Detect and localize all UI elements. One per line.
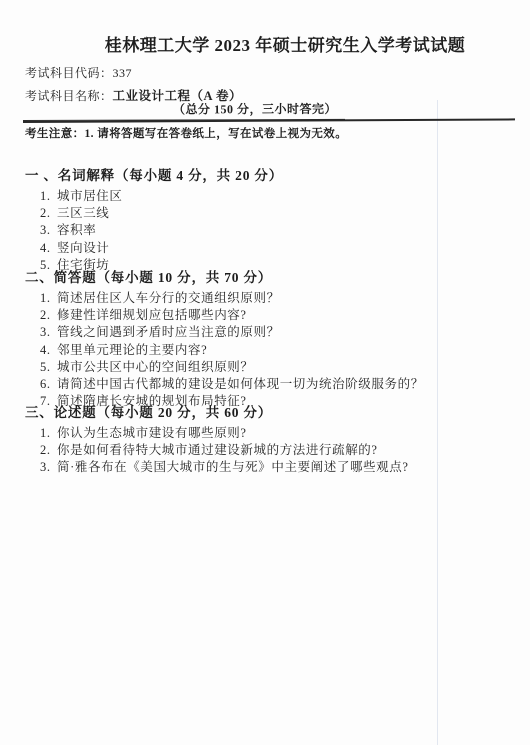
section-heading: 一 、名词解释（每小题 4 分，共 20 分） bbox=[25, 164, 520, 184]
question-number: 1. bbox=[40, 290, 57, 307]
question-item: 3.简·雅各布在《美国大城市的生与死》中主要阐述了哪些观点? bbox=[40, 459, 520, 476]
page-title: 桂林理工大学 2023 年硕士研究生入学考试试题 bbox=[40, 31, 530, 56]
question-item: 4.竖向设计 bbox=[40, 240, 520, 257]
candidate-notice: 考生注意：1. 请将答题写在答卷纸上，写在试卷上视为无效。 bbox=[25, 125, 347, 141]
question-item: 2.三区三线 bbox=[40, 205, 520, 222]
question-number: 2. bbox=[40, 307, 57, 324]
subject-code-label: 考试科目代码： bbox=[25, 66, 113, 80]
question-list: 1.城市居住区 2.三区三线 3.容积率 4.竖向设计 5.住宅街坊 bbox=[25, 188, 520, 274]
question-item: 1.简述居住区人车分行的交通组织原则？ bbox=[40, 290, 520, 307]
subject-code-value: 337 bbox=[113, 66, 133, 80]
question-number: 6. bbox=[40, 376, 57, 393]
question-number: 2. bbox=[40, 442, 57, 459]
question-number: 3. bbox=[40, 222, 57, 239]
section-term-definitions: 一 、名词解释（每小题 4 分，共 20 分） 1.城市居住区 2.三区三线 3… bbox=[25, 164, 520, 274]
question-number: 3. bbox=[40, 324, 57, 341]
question-item: 1.城市居住区 bbox=[40, 188, 520, 205]
question-list: 1.你认为生态城市建设有哪些原则? 2.你是如何看待特大城市通过建设新城的方法进… bbox=[25, 425, 520, 477]
exam-paper-page: 桂林理工大学 2023 年硕士研究生入学考试试题 考试科目代码：337 考试科目… bbox=[0, 0, 530, 745]
question-item: 2.修建性详细规划应包括哪些内容? bbox=[40, 307, 520, 324]
question-number: 2. bbox=[40, 205, 57, 222]
question-text: 你是如何看待特大城市通过建设新城的方法进行疏解的? bbox=[57, 443, 378, 457]
question-text: 竖向设计 bbox=[57, 241, 109, 255]
question-text: 三区三线 bbox=[57, 206, 109, 220]
question-item: 3.管线之间遇到矛盾时应当注意的原则？ bbox=[40, 324, 520, 341]
question-item: 5.城市公共区中心的空间组织原则？ bbox=[40, 359, 520, 376]
question-number: 1. bbox=[40, 425, 57, 442]
question-item: 4.邻里单元理论的主要内容? bbox=[40, 342, 520, 359]
section-essay: 三、论述题（每小题 20 分，共 60 分） 1.你认为生态城市建设有哪些原则?… bbox=[25, 401, 520, 477]
section-heading: 二、简答题（每小题 10 分，共 70 分） bbox=[25, 266, 520, 286]
question-text: 你认为生态城市建设有哪些原则? bbox=[57, 426, 247, 440]
question-item: 1.你认为生态城市建设有哪些原则? bbox=[40, 425, 520, 442]
total-score-note: （总分 150 分，三小时答完） bbox=[23, 100, 345, 121]
question-text: 修建性详细规划应包括哪些内容? bbox=[57, 308, 247, 322]
question-item: 6.请简述中国古代都城的建设是如何体现一切为统治阶级服务的？ bbox=[40, 376, 520, 393]
question-text: 请简述中国古代都城的建设是如何体现一切为统治阶级服务的？ bbox=[57, 377, 424, 391]
question-text: 城市公共区中心的空间组织原则？ bbox=[57, 360, 254, 374]
question-list: 1.简述居住区人车分行的交通组织原则？ 2.修建性详细规划应包括哪些内容? 3.… bbox=[25, 290, 520, 410]
question-item: 3.容积率 bbox=[40, 222, 520, 239]
question-number: 4. bbox=[40, 240, 57, 257]
section-heading: 三、论述题（每小题 20 分，共 60 分） bbox=[25, 401, 520, 421]
section-short-answer: 二、简答题（每小题 10 分，共 70 分） 1.简述居住区人车分行的交通组织原… bbox=[25, 266, 520, 410]
question-text: 简·雅各布在《美国大城市的生与死》中主要阐述了哪些观点? bbox=[57, 460, 409, 474]
question-text: 简述居住区人车分行的交通组织原则？ bbox=[57, 291, 280, 305]
question-text: 城市居住区 bbox=[57, 189, 123, 203]
question-text: 邻里单元理论的主要内容? bbox=[57, 343, 207, 357]
question-text: 容积率 bbox=[57, 223, 96, 237]
question-number: 3. bbox=[40, 459, 57, 476]
question-item: 2.你是如何看待特大城市通过建设新城的方法进行疏解的? bbox=[40, 442, 520, 459]
subject-code-line: 考试科目代码：337 bbox=[25, 64, 132, 81]
question-number: 4. bbox=[40, 342, 57, 359]
question-number: 1. bbox=[40, 188, 57, 205]
question-number: 5. bbox=[40, 359, 57, 376]
question-text: 管线之间遇到矛盾时应当注意的原则？ bbox=[57, 325, 280, 339]
